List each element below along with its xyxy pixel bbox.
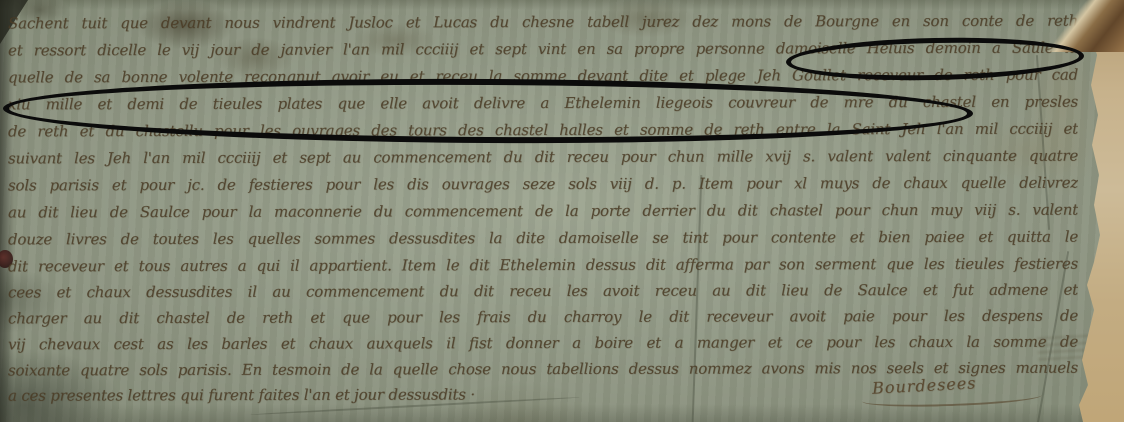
manuscript-text-line: au dit lieu de Saulce pour la maconnerie… xyxy=(8,200,1078,225)
manuscript-text-line: dit receveur et tous autres a qui il app… xyxy=(8,254,1078,279)
manuscript-text-line: a ces presentes lettres qui furent faite… xyxy=(8,384,504,407)
manuscript-photo: Sachent tuit que devant nous vindrent Ju… xyxy=(0,0,1124,422)
manuscript-text-line: Sachent tuit que devant nous vindrent Ju… xyxy=(8,11,1078,36)
manuscript-text-line: vij chevaux cest as les barles et chaux … xyxy=(8,332,1078,357)
manuscript-text-line: cees et chaux dessusdites il au commence… xyxy=(8,280,1078,305)
manuscript-text-line: sols parisis et pour jc. de festieres po… xyxy=(8,173,1078,198)
manuscript-text-line: suivant les Jeh l'an mil ccciiij et sept… xyxy=(8,146,1078,171)
manuscript-text-line: charger au dit chastel de reth et que po… xyxy=(8,306,1078,331)
manuscript-text-line: douze livres de toutes les quelles somme… xyxy=(8,227,1078,252)
